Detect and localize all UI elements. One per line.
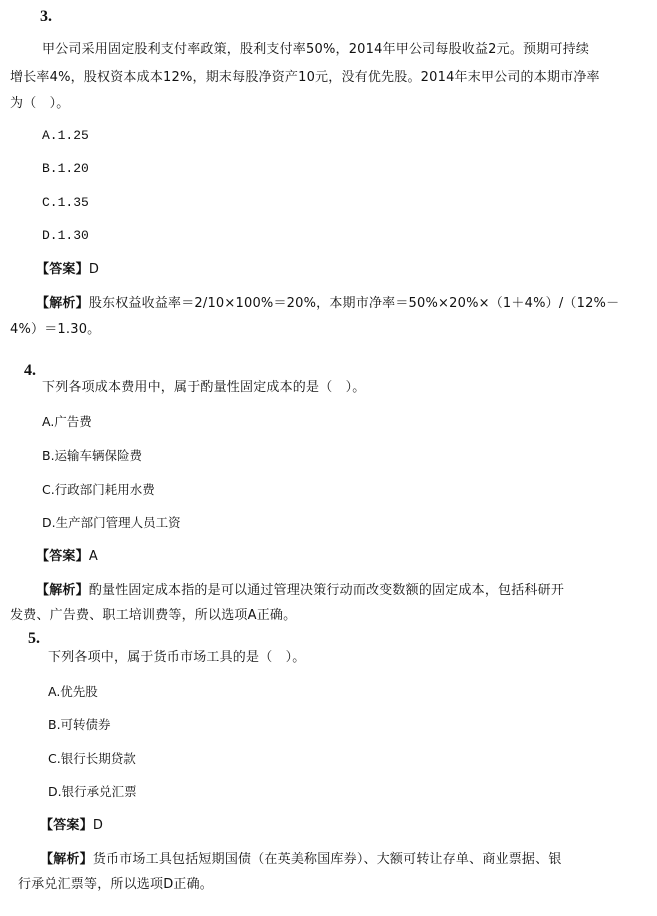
option-d: D.生产部门管理人员工资: [42, 515, 181, 531]
answer: 【答案】A: [36, 549, 98, 565]
answer: 【答案】D: [36, 262, 99, 278]
option-a: A.广告费: [42, 414, 92, 430]
answer: 【答案】D: [40, 818, 103, 834]
analysis-line: 酌量性固定成本指的是可以通过管理决策行动而改变数额的固定成本，包括科研开: [89, 583, 564, 598]
option-b: B.运输车辆保险费: [42, 448, 142, 464]
analysis: 【解析】货币市场工具包括短期国债（在英美称国库券）、大额可转让存单、商业票据、银: [40, 852, 562, 868]
question-number: 5.: [28, 630, 40, 648]
analysis-label: 【解析】: [36, 583, 89, 598]
analysis-line: 发费、广告费、职工培训费等，所以选项A正确。: [10, 608, 296, 624]
question-stem-line: 为（ ）。: [10, 96, 70, 112]
option-d: D.1.30: [42, 228, 89, 244]
option-c: C.行政部门耗用水费: [42, 482, 155, 498]
answer-label: 【答案】: [40, 818, 93, 833]
option-c: C.银行长期贷款: [48, 751, 136, 767]
question-number: 4.: [24, 362, 36, 380]
answer-value: D: [89, 262, 99, 277]
option-c: C.1.35: [42, 195, 89, 211]
analysis-line: 4%）＝1.30。: [10, 322, 100, 338]
option-a: A.优先股: [48, 684, 98, 700]
analysis-line: 股东权益收益率＝2/10×100%＝20%，本期市净率＝50%×20%×（1＋4…: [89, 296, 620, 311]
question-stem-line: 甲公司采用固定股利支付率政策，股利支付率50%，2014年甲公司每股收益2元。预…: [42, 42, 589, 58]
question-stem-line: 下列各项成本费用中，属于酌量性固定成本的是（ ）。: [42, 380, 366, 396]
question-stem-line: 增长率4%，股权资本成本12%，期末每股净资产10元，没有优先股。2014年末甲…: [10, 70, 600, 86]
question-number: 3.: [40, 8, 52, 26]
option-a: A.1.25: [42, 128, 89, 144]
analysis-line: 行承兑汇票等，所以选项D正确。: [18, 877, 213, 893]
answer-value: A: [89, 549, 98, 564]
answer-value: D: [93, 818, 103, 833]
question-stem-line: 下列各项中，属于货币市场工具的是（ ）。: [48, 650, 306, 666]
analysis: 【解析】股东权益收益率＝2/10×100%＝20%，本期市净率＝50%×20%×…: [36, 296, 619, 312]
answer-label: 【答案】: [36, 549, 89, 564]
option-b: B.可转债券: [48, 717, 111, 733]
analysis: 【解析】酌量性固定成本指的是可以通过管理决策行动而改变数额的固定成本，包括科研开: [36, 583, 564, 599]
analysis-line: 货币市场工具包括短期国债（在英美称国库券）、大额可转让存单、商业票据、银: [93, 852, 562, 867]
answer-label: 【答案】: [36, 262, 89, 277]
option-d: D.银行承兑汇票: [48, 784, 137, 800]
analysis-label: 【解析】: [40, 852, 93, 867]
analysis-label: 【解析】: [36, 296, 89, 311]
option-b: B.1.20: [42, 161, 89, 177]
